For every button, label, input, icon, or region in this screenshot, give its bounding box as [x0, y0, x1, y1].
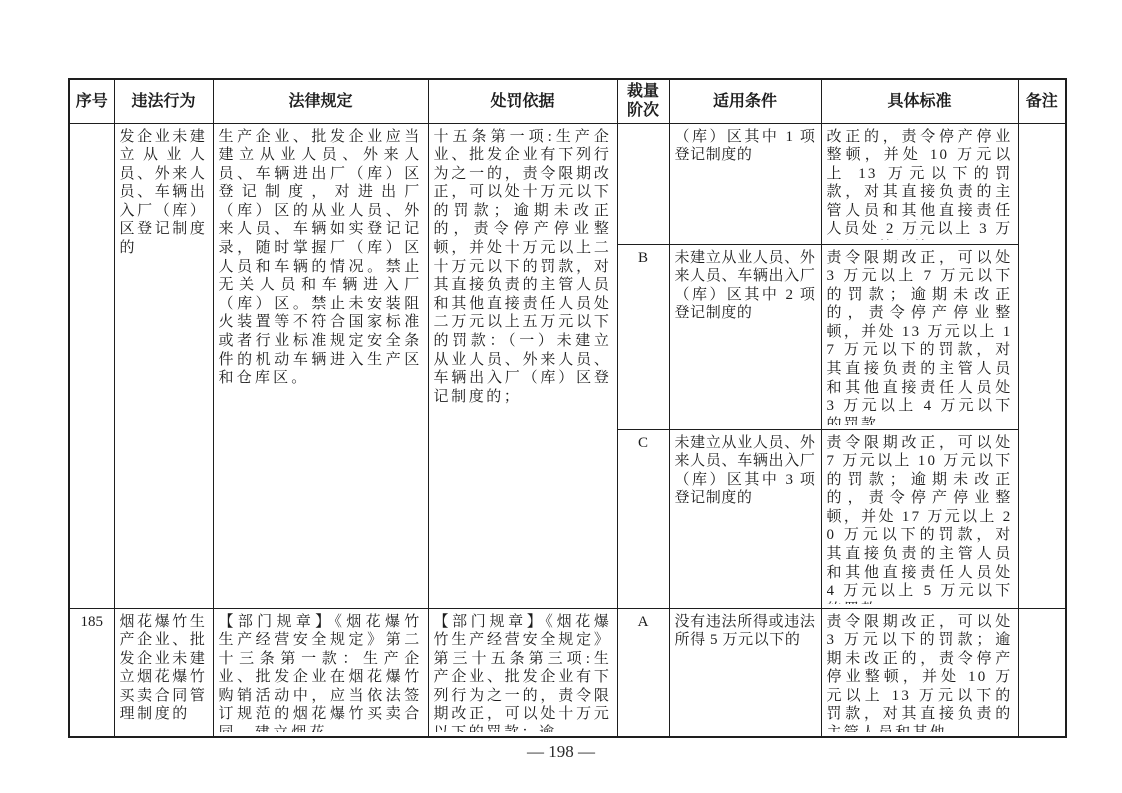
tier-standard-cell: 改正的，责令停产停业整顿，并处 10 万元以上 13 万元以下的罚款，对其直接负…: [821, 123, 1018, 244]
tier-standard-cell: 责令限期改正，可以处 3 万元以上 7 万元以下的罚款；逾期未改正的，责令停产停…: [821, 244, 1018, 429]
col-header-discretion-tier: 裁量阶次: [617, 79, 669, 123]
table-row-prev-tier1: 发企业未建立从业人员、外来人员、车辆出入厂（库）区登记制度的 生产企业、批发企业…: [69, 123, 1066, 244]
penalty-basis-text: 【部门规章】《烟花爆竹生产经营安全规定》第三十五条第三项:生产企业、批发企业有下…: [434, 613, 612, 732]
penalty-basis-text: 十五条第一项:生产企业、批发企业有下列行为之一的，责令限期改正，可以处十万元以下…: [434, 128, 612, 407]
tier-standard-text: 责令限期改正，可以处 3 万元以上 7 万元以下的罚款；逾期未改正的，责令停产停…: [827, 249, 1013, 425]
tier-standard-cell: 责令限期改正，可以处 3 万元以下的罚款；逾期未改正的，责令停产停业整顿，并处 …: [821, 608, 1018, 737]
tier-standard-cell: 责令限期改正，可以处 7 万元以上 10 万元以下的罚款；逾期未改正的，责令停产…: [821, 429, 1018, 608]
legal-provision-text: 【部门规章】《烟花爆竹生产经营安全规定》第二十三条第一款：生产企业、批发企业在烟…: [219, 613, 423, 732]
row-185-illegal-act-cell: 烟花爆竹生产企业、批发企业未建立烟花爆竹买卖合同管理制度的: [114, 608, 213, 737]
row-prev-illegal-act-cell: 发企业未建立从业人员、外来人员、车辆出入厂（库）区登记制度的: [114, 123, 213, 608]
row-prev-penalty-basis-cell: 十五条第一项:生产企业、批发企业有下列行为之一的，责令限期改正，可以处十万元以下…: [428, 123, 617, 608]
tier-condition-cell: 未建立从业人员、外来人员、车辆出入厂（库）区其中 2 项登记制度的: [669, 244, 821, 429]
tier-condition-cell: 未建立从业人员、外来人员、车辆出入厂（库）区其中 3 项登记制度的: [669, 429, 821, 608]
col-header-legal-provision: 法律规定: [213, 79, 428, 123]
illegal-act-text: 发企业未建立从业人员、外来人员、车辆出入厂（库）区登记制度的: [120, 128, 208, 258]
row-prev-remark-cell: [1018, 123, 1066, 608]
col-header-specific-standard: 具体标准: [821, 79, 1018, 123]
col-header-penalty-basis: 处罚依据: [428, 79, 617, 123]
legal-provision-text: 生产企业、批发企业应当建立从业人员、外来人员、车辆进出厂（库）区登记制度，对进出…: [219, 128, 423, 388]
header-row: 序号 违法行为 法律规定 处罚依据 裁量阶次 适用条件 具体标准 备注: [69, 79, 1066, 123]
row-prev-seq-cell: [69, 123, 114, 608]
row-185-penalty-basis-cell: 【部门规章】《烟花爆竹生产经营安全规定》第三十五条第三项:生产企业、批发企业有下…: [428, 608, 617, 737]
col-header-illegal-act: 违法行为: [114, 79, 213, 123]
tier-level-cell: [617, 123, 669, 244]
col-header-seq: 序号: [69, 79, 114, 123]
tier-condition-cell: 没有违法所得或违法所得 5 万元以下的: [669, 608, 821, 737]
tier-condition-text: 没有违法所得或违法所得 5 万元以下的: [675, 613, 816, 650]
penalty-table: 序号 违法行为 法律规定 处罚依据 裁量阶次 适用条件 具体标准 备注 发企业未…: [68, 78, 1067, 738]
tier-level-cell: C: [617, 429, 669, 608]
document-page: 序号 违法行为 法律规定 处罚依据 裁量阶次 适用条件 具体标准 备注 发企业未…: [0, 0, 1122, 793]
tier-standard-text: 改正的，责令停产停业整顿，并处 10 万元以上 13 万元以下的罚款，对其直接负…: [827, 128, 1013, 240]
row-prev-legal-provision-cell: 生产企业、批发企业应当建立从业人员、外来人员、车辆进出厂（库）区登记制度，对进出…: [213, 123, 428, 608]
illegal-act-text: 烟花爆竹生产企业、批发企业未建立烟花爆竹买卖合同管理制度的: [120, 613, 208, 725]
col-header-applicable-condition: 适用条件: [669, 79, 821, 123]
tier-condition-text: 未建立从业人员、外来人员、车辆出入厂（库）区其中 3 项登记制度的: [675, 434, 816, 508]
row-185-seq-cell: 185: [69, 608, 114, 737]
tier-condition-text: （库）区其中 1 项登记制度的: [675, 128, 816, 165]
tier-condition-cell: （库）区其中 1 项登记制度的: [669, 123, 821, 244]
row-185-legal-provision-cell: 【部门规章】《烟花爆竹生产经营安全规定》第二十三条第一款：生产企业、批发企业在烟…: [213, 608, 428, 737]
tier-standard-text: 责令限期改正，可以处 7 万元以上 10 万元以下的罚款；逾期未改正的，责令停产…: [827, 434, 1013, 604]
tier-standard-text: 责令限期改正，可以处 3 万元以下的罚款；逾期未改正的，责令停产停业整顿，并处 …: [827, 613, 1013, 732]
tier-level-cell: A: [617, 608, 669, 737]
row-185-remark-cell: [1018, 608, 1066, 737]
col-header-remark: 备注: [1018, 79, 1066, 123]
table-row-185: 185 烟花爆竹生产企业、批发企业未建立烟花爆竹买卖合同管理制度的 【部门规章】…: [69, 608, 1066, 737]
page-number: — 198 —: [0, 742, 1122, 762]
tier-level-cell: B: [617, 244, 669, 429]
tier-condition-text: 未建立从业人员、外来人员、车辆出入厂（库）区其中 2 项登记制度的: [675, 249, 816, 323]
